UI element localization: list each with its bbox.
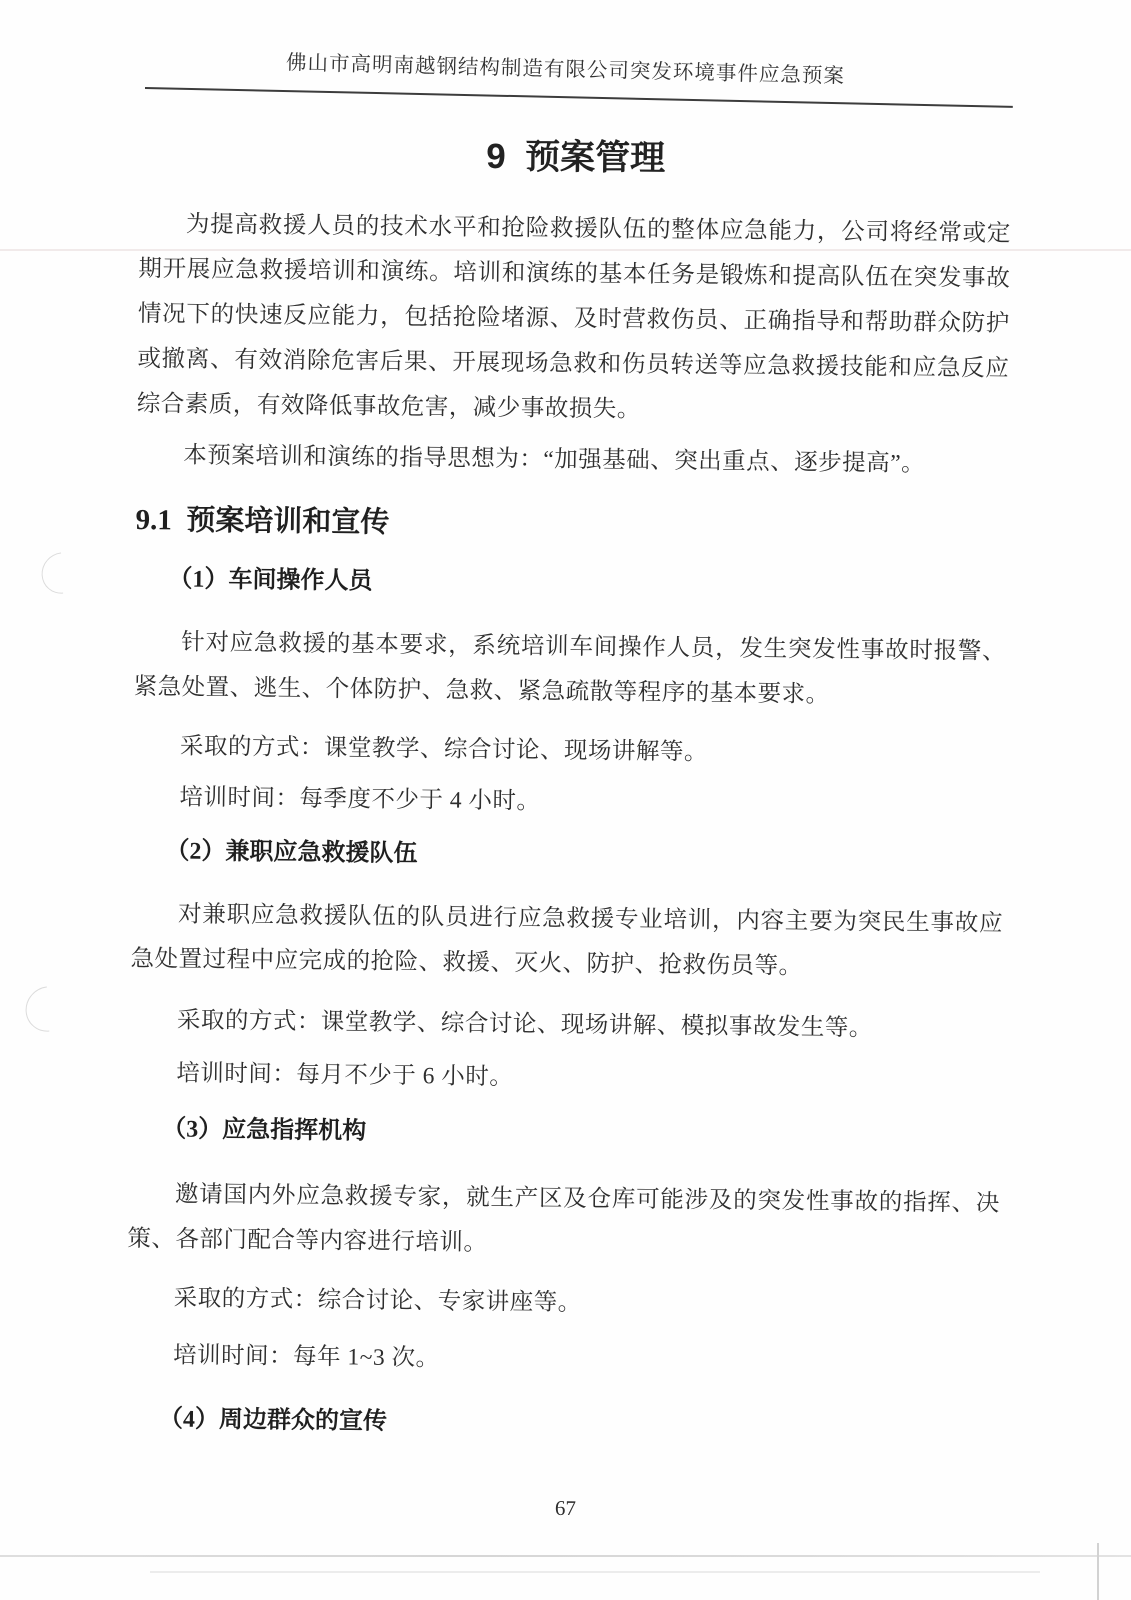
scan-streak-bottom	[150, 1571, 1040, 1573]
subsection-3-heading: （3）应急指挥机构	[128, 1112, 1000, 1156]
subsection-2-methods: 采取的方式：课堂教学、综合讨论、现场讲解、模拟事故发生等。	[130, 998, 1002, 1053]
subsection-1-heading: （1）车间操作人员	[135, 562, 1007, 606]
subsection-3-schedule: 培训时间：每年 1~3 次。	[126, 1333, 998, 1388]
document-body: 9 预案管理 为提高救援人员的技术水平和抢险救援队伍的整体应急能力，公司将经常或…	[125, 130, 1012, 1446]
scan-streak-bottom	[0, 1555, 1131, 1557]
subsection-2-heading: （2）兼职应急救援队伍	[132, 834, 1004, 878]
section-title-9-1: 9.1 预案培训和宣传	[135, 500, 1007, 550]
intro-paragraph-1: 为提高救援人员的技术水平和抢险救援队伍的整体应急能力，公司将经常或定期开展应急救…	[137, 202, 1011, 437]
subsection-4-heading: （4）周边群众的宣传	[125, 1402, 997, 1446]
subsection-1-paragraph: 针对应急救援的基本要求，系统培训车间操作人员，发生突发性事故时报警、紧急处置、逃…	[133, 620, 1006, 720]
subsection-2-schedule: 培训时间：每月不少于 6 小时。	[129, 1051, 1001, 1106]
header-divider	[145, 87, 1013, 108]
intro-paragraph-2: 本预案培训和演练的指导思想为：“加强基础、突出重点、逐步提高”。	[136, 433, 1008, 488]
page-number: 67	[0, 1490, 1131, 1527]
subsection-3-paragraph: 邀请国内外应急救援专家，就生产区及仓库可能涉及的突发性事故的指挥、决策、各部门配…	[127, 1172, 1000, 1272]
scan-curve-artifact	[16, 977, 79, 1041]
scan-curve-artifact	[33, 544, 91, 602]
chapter-title: 9 预案管理	[139, 130, 1011, 186]
document-page: 佛山市高明南越钢结构制造有限公司突发环境事件应急预案 9 预案管理 为提高救援人…	[0, 0, 1131, 1600]
subsection-1-methods: 采取的方式：课堂教学、综合讨论、现场讲解等。	[133, 724, 1005, 779]
subsection-3-methods: 采取的方式：综合讨论、专家讲座等。	[126, 1276, 998, 1331]
scan-edge-line	[1097, 1543, 1099, 1600]
subsection-2-paragraph: 对兼职应急救援队伍的队员进行应急救援专业培训，内容主要为突民生事故应急处置过程中…	[130, 892, 1003, 992]
subsection-1-schedule: 培训时间：每季度不少于 4 小时。	[132, 775, 1004, 830]
